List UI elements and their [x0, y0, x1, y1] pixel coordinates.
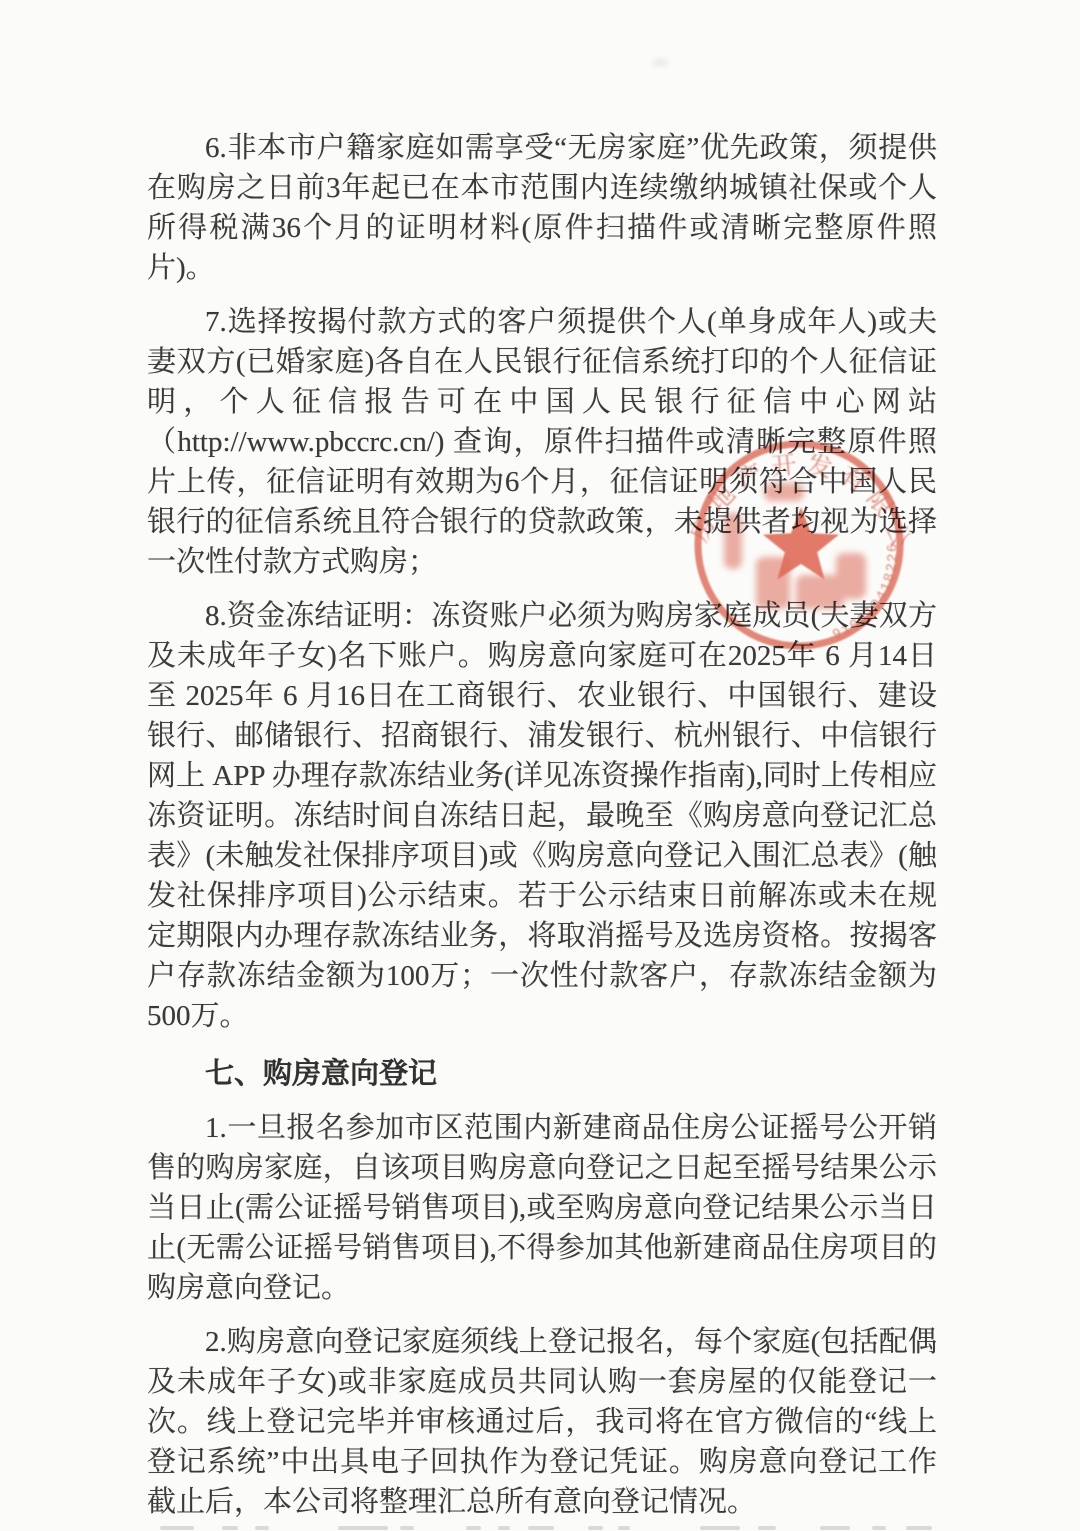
- cutoff-glyph-fragment: [872, 1526, 886, 1530]
- cutoff-glyph-fragment: [222, 1526, 238, 1530]
- cutoff-glyph-fragment: [466, 1526, 481, 1530]
- cutoff-glyph-fragment: [758, 1526, 776, 1530]
- paragraph-item-6: 6.非本市户籍家庭如需享受“无房家庭”优先政策，须提供在购房之日前3年起已在本市…: [147, 128, 937, 288]
- cutoff-glyph-fragment: [700, 1526, 740, 1530]
- cutoff-glyph-fragment: [618, 1526, 630, 1530]
- paragraph-section7-item-1: 1.一旦报名参加市区范围内新建商品住房公证摇号公开销售的购房家庭，自该项目购房意…: [147, 1108, 937, 1308]
- paragraph-item-7: 7.选择按揭付款方式的客户须提供个人(单身成年人)或夫妻双方(已婚家庭)各自在人…: [147, 302, 937, 582]
- cutoff-glyph-fragment: [498, 1526, 510, 1530]
- cutoff-glyph-fragment: [255, 1526, 269, 1530]
- cutoff-glyph-fragment: [338, 1526, 388, 1530]
- cutoff-glyph-fragment: [820, 1526, 850, 1530]
- page-bottom-cutoff-glyphs: [0, 1526, 1080, 1531]
- cutoff-glyph-fragment: [906, 1526, 932, 1530]
- document-body: 6.非本市户籍家庭如需享受“无房家庭”优先政策，须提供在购房之日前3年起已在本市…: [147, 128, 937, 1531]
- cutoff-glyph-fragment: [160, 1526, 194, 1530]
- section-heading-7: 七、购房意向登记: [147, 1054, 937, 1094]
- cutoff-glyph-fragment: [400, 1526, 414, 1530]
- cutoff-glyph-fragment: [588, 1526, 603, 1530]
- paragraph-section7-item-2: 2.购房意向登记家庭须线上登记报名，每个家庭(包括配偶及未成年子女)或非家庭成员…: [147, 1322, 937, 1522]
- paragraph-item-8: 8.资金冻结证明：冻资账户必须为购房家庭成员(夫妻双方及未成年子女)名下账户。购…: [147, 596, 937, 1036]
- scan-smudge: [652, 58, 668, 67]
- cutoff-glyph-fragment: [528, 1526, 554, 1530]
- scanned-document-page: 6.非本市户籍家庭如需享受“无房家庭”优先政策，须提供在购房之日前3年起已在本市…: [0, 0, 1080, 1531]
